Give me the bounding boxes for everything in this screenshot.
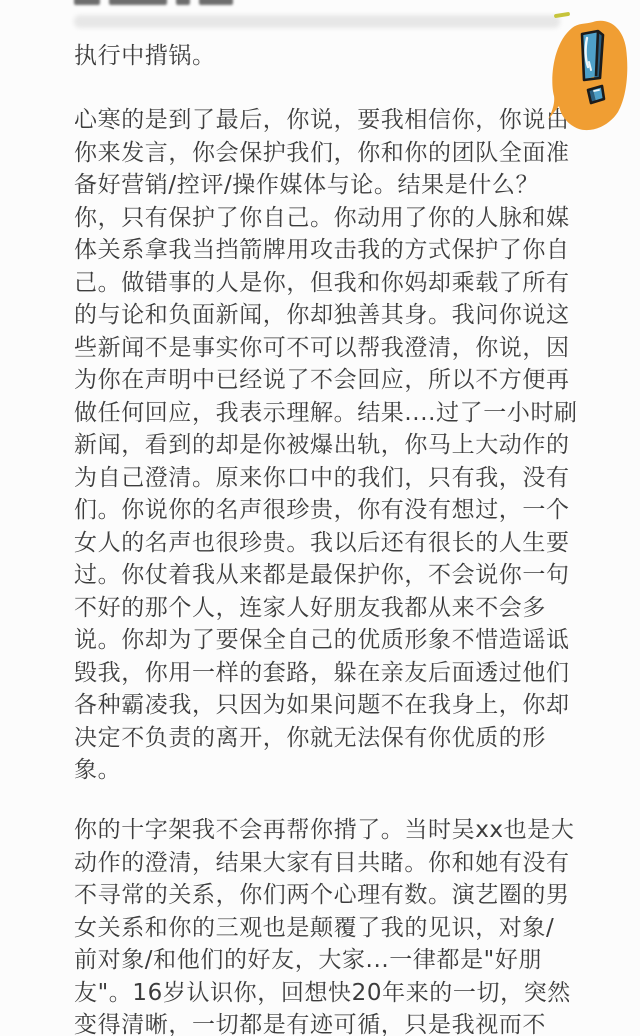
text-line: 们。你说你的名声很珍贵，你有没有想过，一个	[74, 494, 578, 527]
text-line: 心寒的是到了最后，你说，要我相信你，你说由	[74, 104, 578, 137]
text-line: 动作的澄清，结果大家有目共睹。你和她有没有	[74, 847, 574, 880]
text-line: 备好营销/控评/操作媒体与论。结果是什么？	[74, 169, 578, 202]
text-line: 毁我，你用一样的套路，躲在亲友后面透过他们	[74, 657, 578, 690]
sticker-dash	[554, 12, 570, 18]
dot-highlight	[594, 90, 599, 91]
text-line: 你来发言，你会保护我们，你和你的团队全面准	[74, 137, 578, 170]
text-line: 你的十字架我不会再帮你揹了。当时吴xx也是大	[74, 814, 574, 847]
paragraph-1: 执行中揹锅。	[74, 40, 216, 73]
text-line: 己。做错事的人是你，但我和你妈却乘载了所有	[74, 267, 578, 300]
text-line: 执行中揹锅。	[74, 40, 216, 73]
paragraph-2: 心寒的是到了最后，你说，要我相信你，你说由你来发言，你会保护我们，你和你的团队全…	[74, 104, 578, 787]
text-line: 决定不负责的离开，你就无法保有你优质的形	[74, 722, 578, 755]
faded-ghost-line	[74, 15, 560, 28]
text-line: 女关系和你的三观也是颠覆了我的见识，对象/	[74, 912, 574, 945]
text-line: 做任何回应，我表示理解。结果....过了一小时刷	[74, 397, 578, 430]
text-line: 前对象/和他们的好友，大家...一律都是"好朋	[74, 944, 574, 977]
text-line: 些新闻不是事实你可不可以帮我澄清，你说，因	[74, 332, 578, 365]
text-line: 象。	[74, 754, 578, 787]
text-line: 过。你仗着我从来都是最保护你，不会说你一句	[74, 559, 578, 592]
letter-page: 执行中揹锅。 心寒的是到了最后，你说，要我相信你，你说由你来发言，你会保护我们，…	[0, 0, 640, 1036]
text-line: 女人的名声也很珍贵。我以后还有很长的人生要	[74, 527, 578, 560]
text-line: 新闻，看到的却是你被爆出轨，你马上大动作的	[74, 429, 578, 462]
text-line: 为你在声明中已经说了不会回应，所以不方便再	[74, 364, 578, 397]
text-line: 变得清晰，一切都是有迹可循，只是我视而不	[74, 1009, 574, 1036]
text-line: 不寻常的关系，你们两个心理有数。演艺圈的男	[74, 879, 574, 912]
text-line: 各种霸凌我，只因为如果问题不在我身上，你却	[74, 689, 578, 722]
text-line: 友"。16岁认识你，回想快20年来的一切，突然	[74, 977, 574, 1010]
paragraph-3: 你的十字架我不会再帮你揹了。当时吴xx也是大动作的澄清，结果大家有目共睹。你和她…	[74, 814, 574, 1036]
clipped-ghost-text	[74, 0, 242, 5]
text-line: 说。你却为了要保全自己的优质形象不惜造谣诋	[74, 624, 578, 657]
text-line: 你，只有保护了你自己。你动用了你的人脉和媒	[74, 202, 578, 235]
exclamation-sticker-icon	[545, 10, 635, 134]
text-line: 体关系拿我当挡箭牌用攻击我的方式保护了你自	[74, 234, 578, 267]
text-line: 为自己澄清。原来你口中的我们，只有我，没有	[74, 462, 578, 495]
text-line: 不好的那个人，连家人好朋友我都从来不会多	[74, 592, 578, 625]
text-line: 的与论和负面新闻，你却独善其身。我问你说这	[74, 299, 578, 332]
